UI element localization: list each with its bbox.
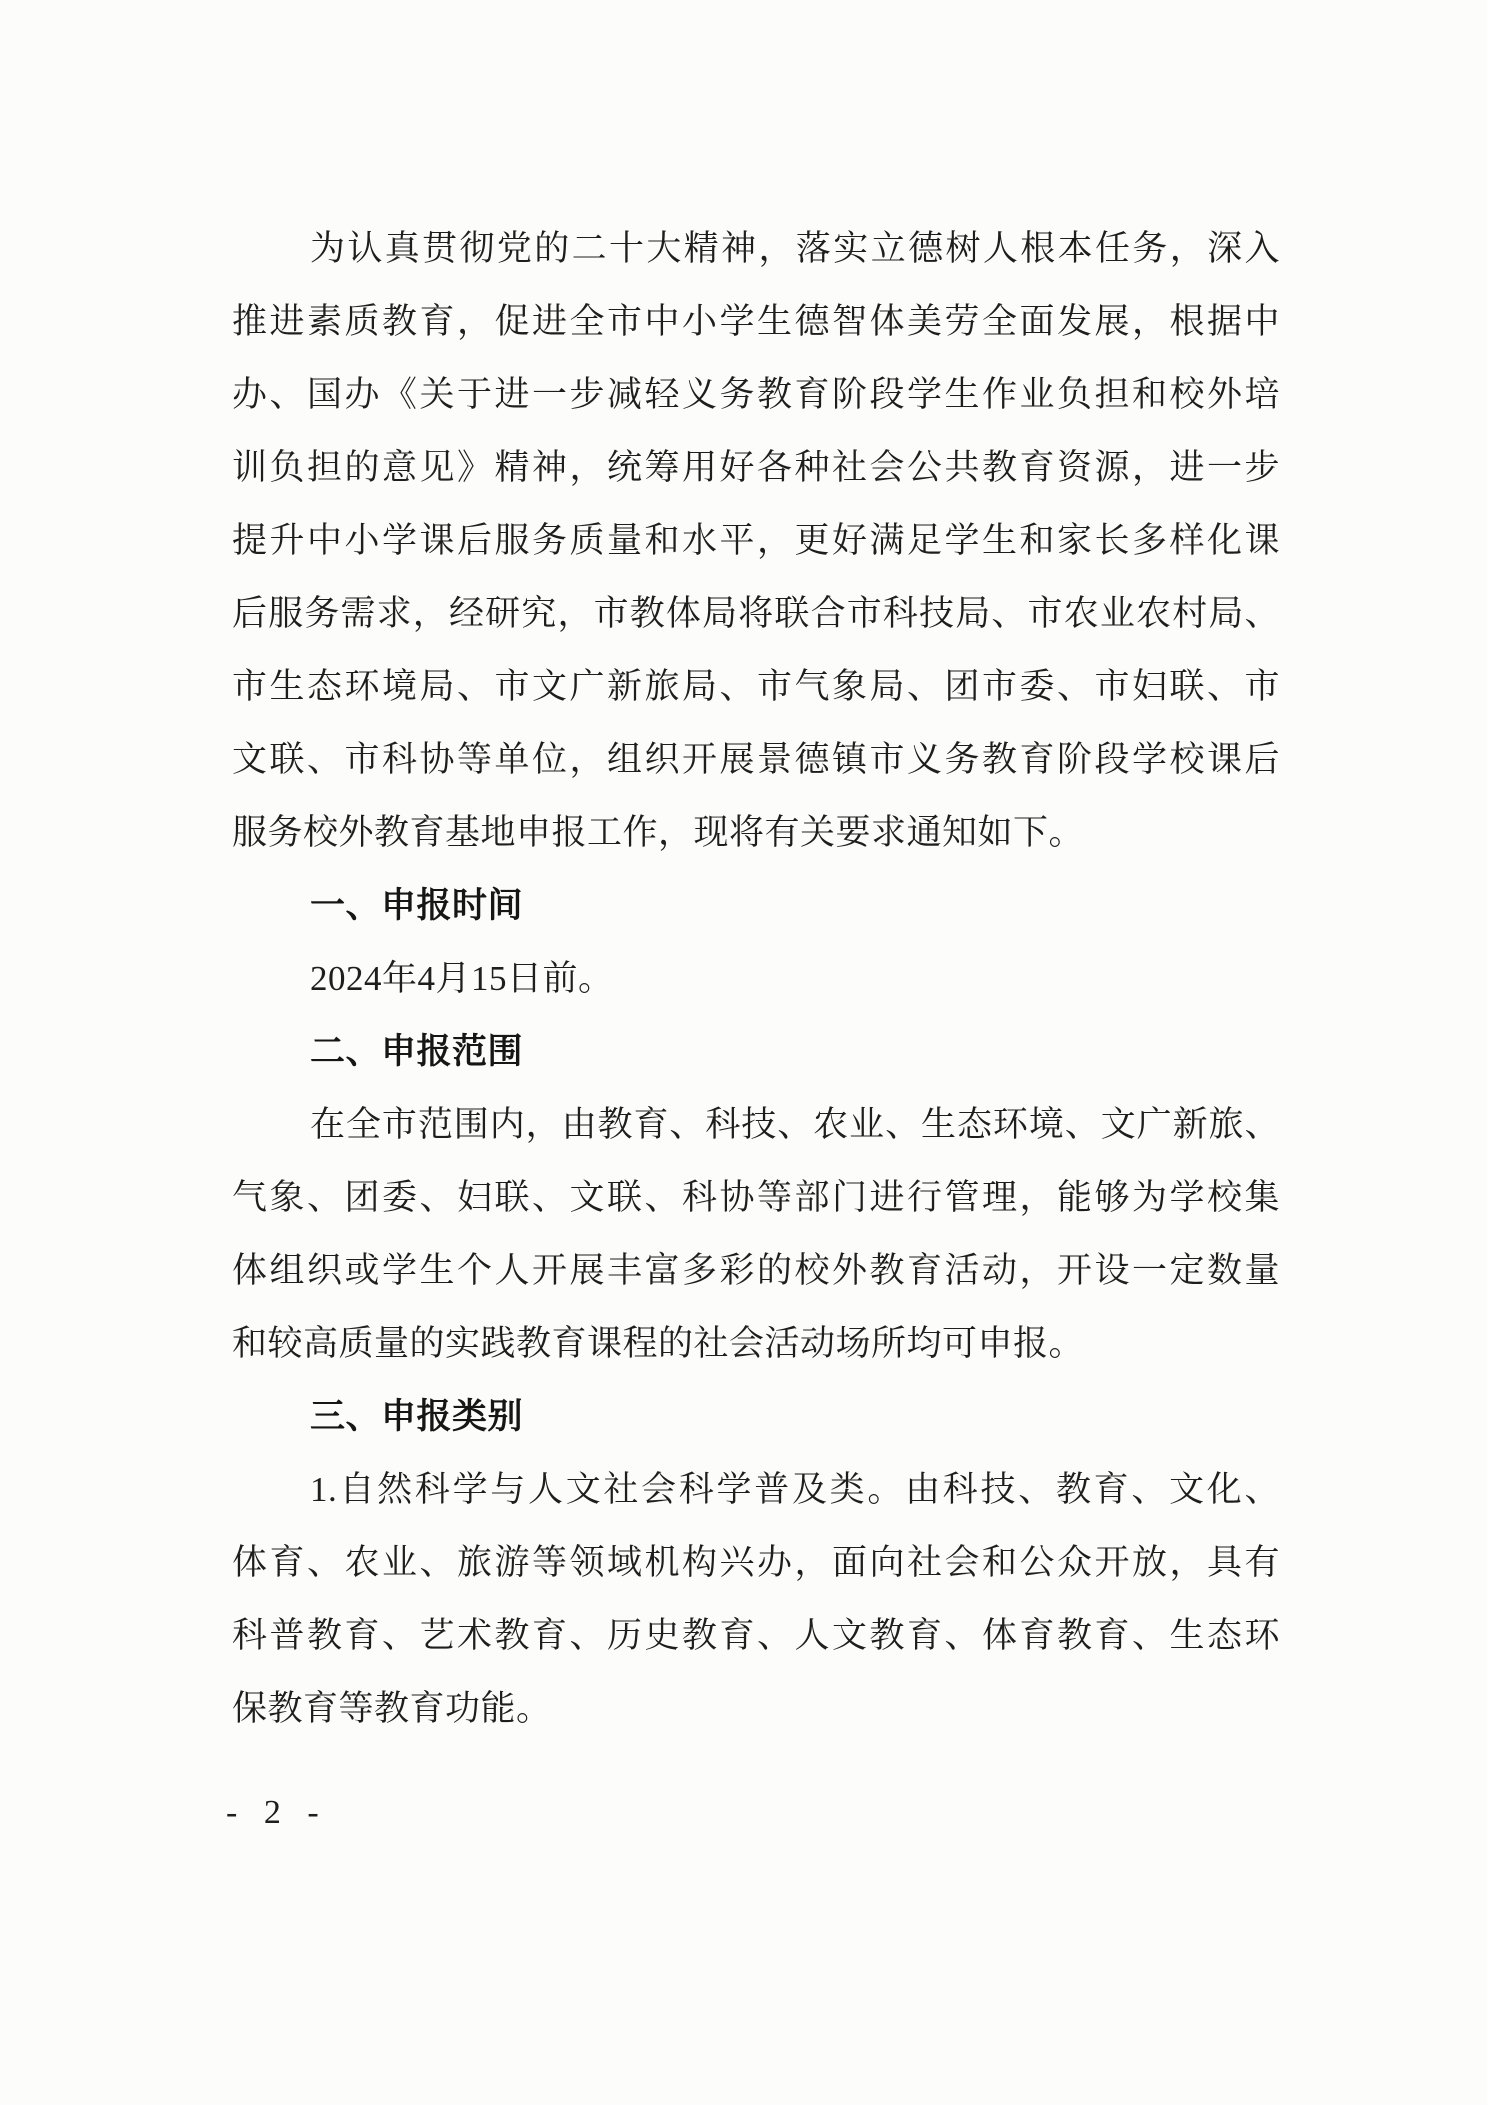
document-body: 为认真贯彻党的二十大精神，落实立德树人根本任务，深入推进素质教育，促进全市中小学… <box>232 212 1280 1745</box>
text-line: 提升中小学课后服务质量和水平，更好满足学生和家长多样化课 <box>232 504 1280 577</box>
text-line: 体育、农业、旅游等领域机构兴办，面向社会和公众开放，具有 <box>232 1526 1280 1599</box>
text-line: 2024年4月15日前。 <box>232 942 1280 1015</box>
text-line: 为认真贯彻党的二十大精神，落实立德树人根本任务，深入 <box>232 212 1280 285</box>
paragraph-intro: 为认真贯彻党的二十大精神，落实立德树人根本任务，深入推进素质教育，促进全市中小学… <box>232 212 1280 869</box>
text-line: 体组织或学生个人开展丰富多彩的校外教育活动，开设一定数量 <box>232 1234 1280 1307</box>
text-line: 市生态环境局、市文广新旅局、市气象局、团市委、市妇联、市 <box>232 650 1280 723</box>
text-line: 推进素质教育，促进全市中小学生德智体美劳全面发展，根据中 <box>232 285 1280 358</box>
text-line: 后服务需求，经研究，市教体局将联合市科技局、市农业农村局、 <box>232 577 1280 650</box>
text-line: 在全市范围内，由教育、科技、农业、生态环境、文广新旅、 <box>232 1088 1280 1161</box>
section-2-heading: 二、申报范围 <box>232 1015 1280 1088</box>
document-page: 为认真贯彻党的二十大精神，落实立德树人根本任务，深入推进素质教育，促进全市中小学… <box>0 0 1487 2105</box>
section-1-heading: 一、申报时间 <box>232 869 1280 942</box>
text-line: 训负担的意见》精神，统筹用好各种社会公共教育资源，进一步 <box>232 431 1280 504</box>
text-line: 气象、团委、妇联、文联、科协等部门进行管理，能够为学校集 <box>232 1161 1280 1234</box>
text-line: 和较高质量的实践教育课程的社会活动场所均可申报。 <box>232 1307 1280 1380</box>
page-number: - 2 - <box>226 1788 328 1838</box>
text-line: 科普教育、艺术教育、历史教育、人文教育、体育教育、生态环 <box>232 1599 1280 1672</box>
section-1-content: 2024年4月15日前。 <box>232 942 1280 1015</box>
section-2-content: 在全市范围内，由教育、科技、农业、生态环境、文广新旅、气象、团委、妇联、文联、科… <box>232 1088 1280 1380</box>
text-line: 服务校外教育基地申报工作，现将有关要求通知如下。 <box>232 796 1280 869</box>
section-3-heading: 三、申报类别 <box>232 1380 1280 1453</box>
heading-line: 一、申报时间 <box>232 869 1280 942</box>
text-line: 办、国办《关于进一步减轻义务教育阶段学生作业负担和校外培 <box>232 358 1280 431</box>
heading-line: 二、申报范围 <box>232 1015 1280 1088</box>
text-line: 文联、市科协等单位，组织开展景德镇市义务教育阶段学校课后 <box>232 723 1280 796</box>
heading-line: 三、申报类别 <box>232 1380 1280 1453</box>
text-line: 保教育等教育功能。 <box>232 1672 1280 1745</box>
text-line: 1.自然科学与人文社会科学普及类。由科技、教育、文化、 <box>232 1453 1280 1526</box>
section-3-item-1: 1.自然科学与人文社会科学普及类。由科技、教育、文化、体育、农业、旅游等领域机构… <box>232 1453 1280 1745</box>
